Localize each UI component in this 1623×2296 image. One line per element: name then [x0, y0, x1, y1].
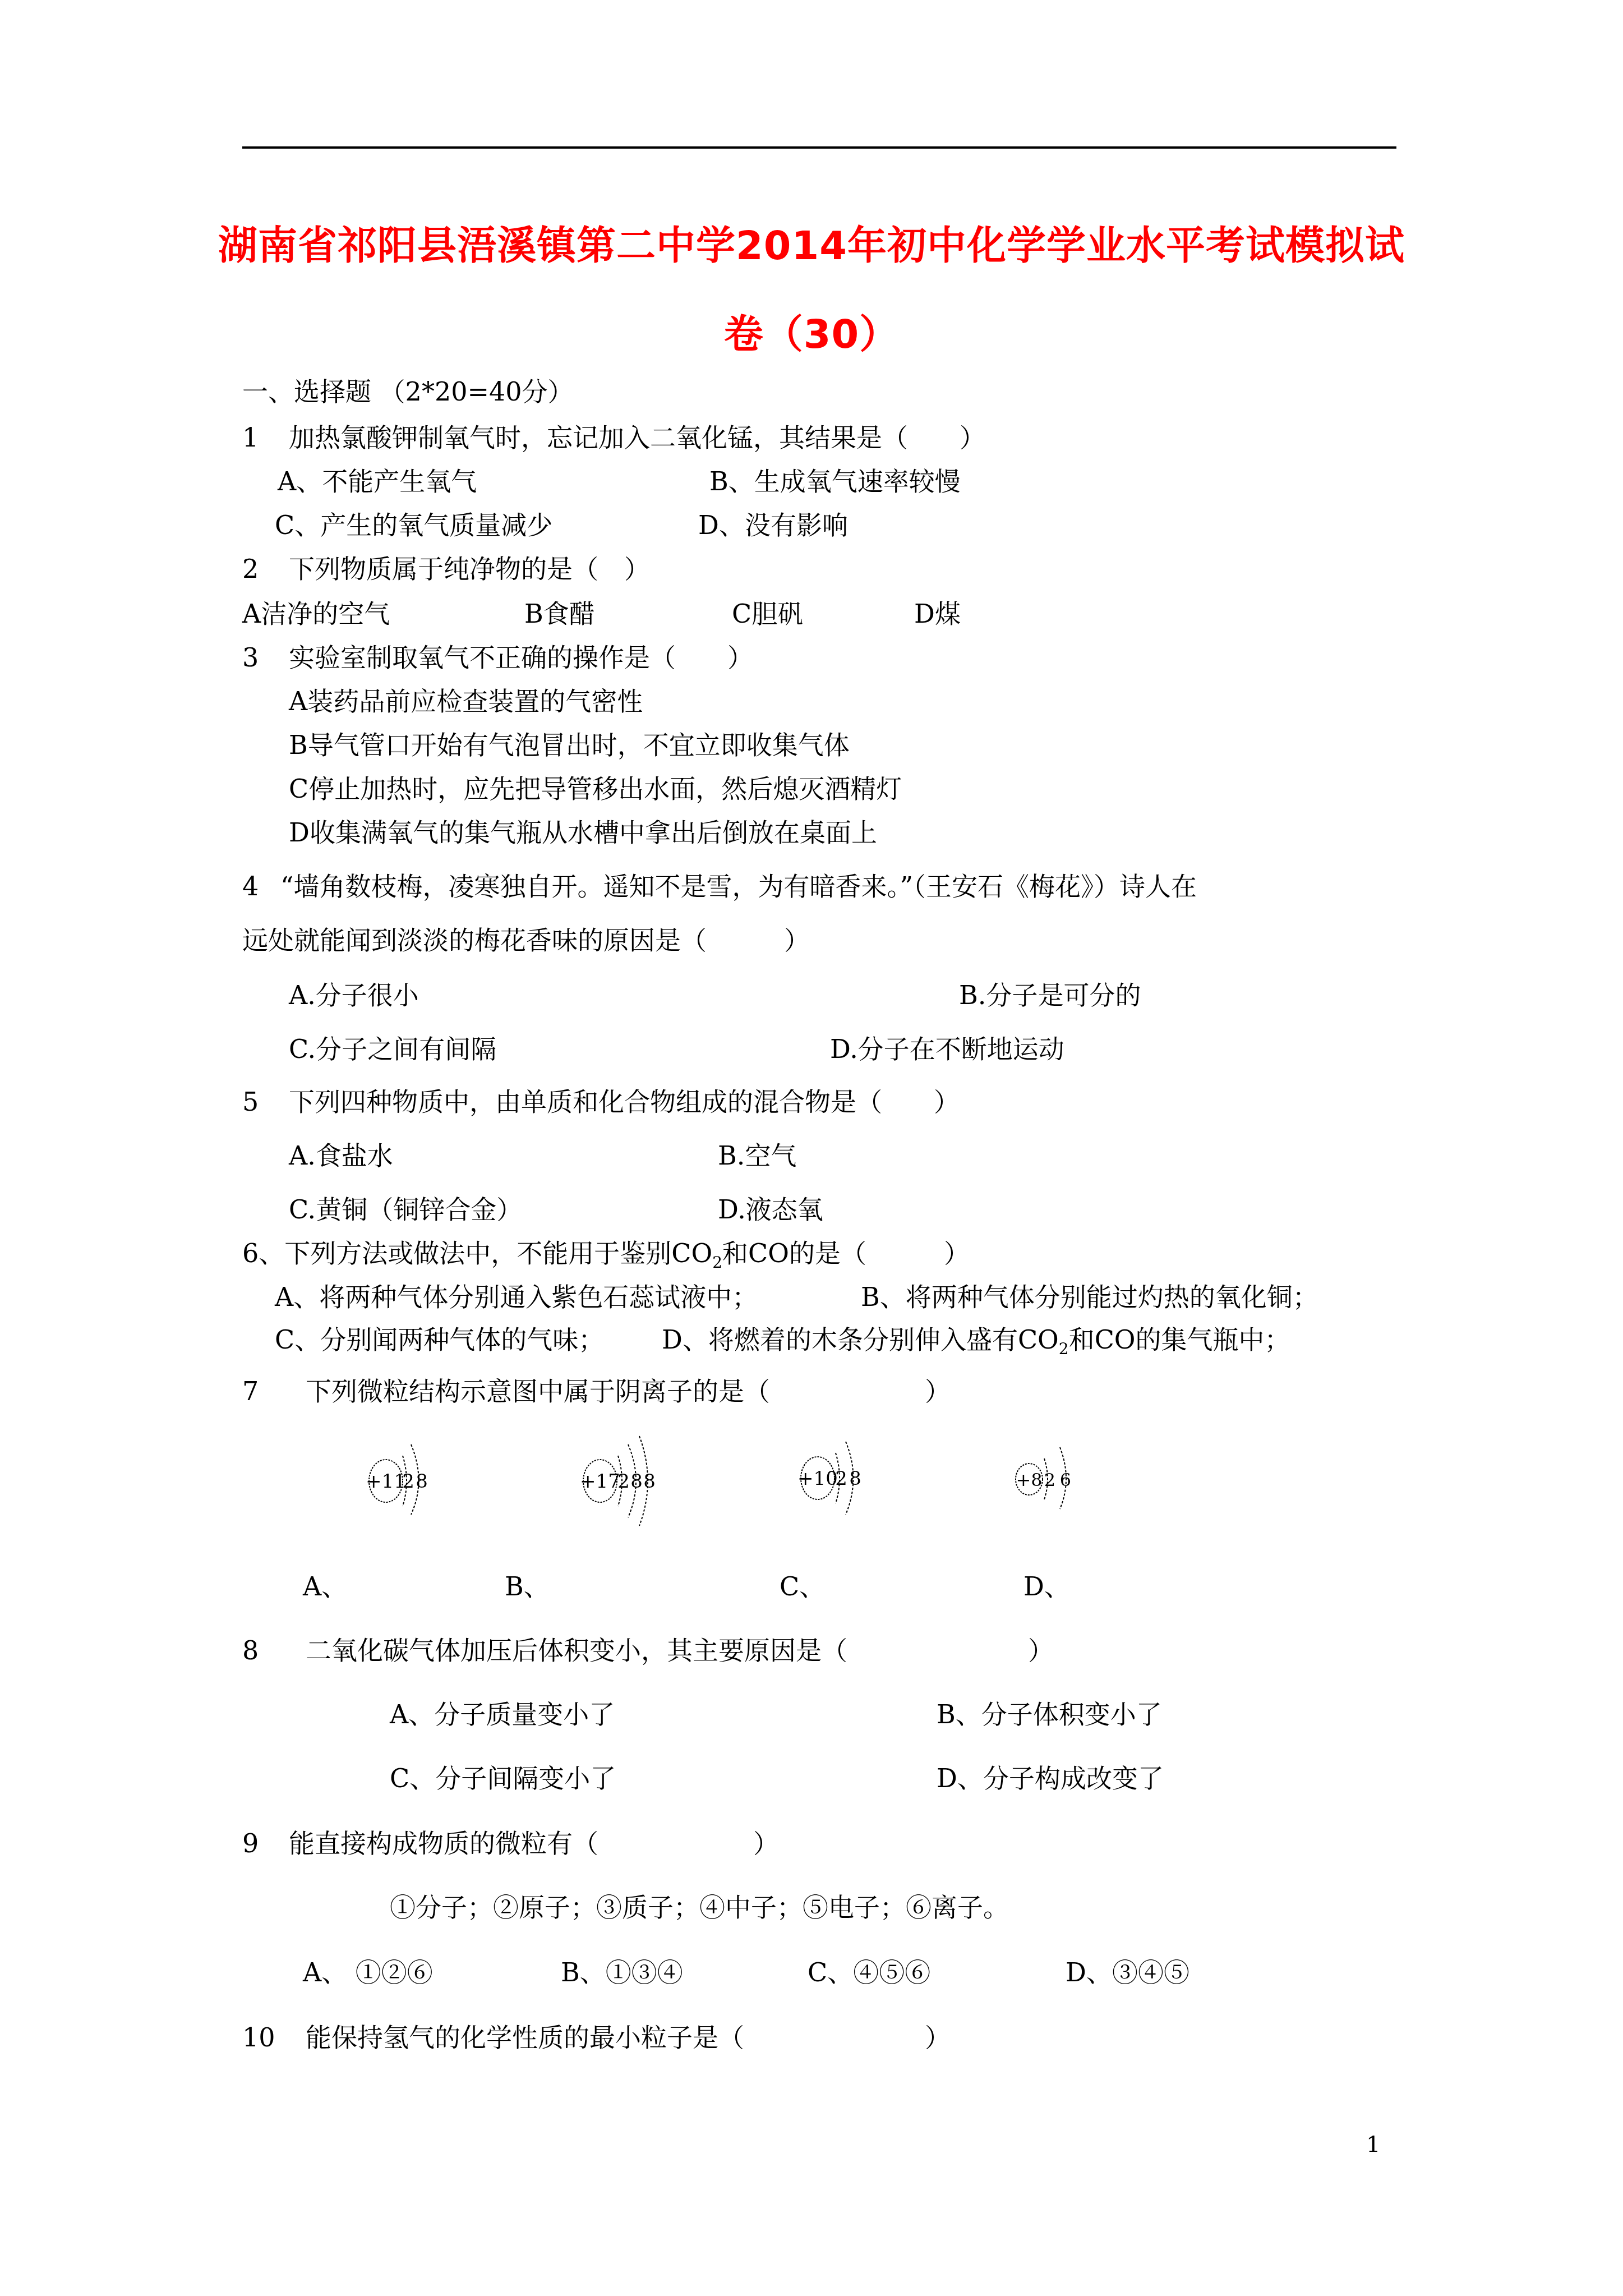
question-9-option-b: B、①③④ — [561, 1957, 683, 1988]
question-8-option-b: B、分子体积变小了 — [937, 1699, 1162, 1730]
question-3-number: 3 — [242, 642, 259, 673]
question-5-number: 5 — [242, 1086, 259, 1117]
question-8-stem: 二氧化碳气体加压后体积变小，其主要原因是（ ） — [306, 1635, 1054, 1666]
question-3-option-c: C停止加热时，应先把导管移出水面，然后熄灭酒精灯 — [289, 773, 902, 804]
question-5-option-c: C.黄铜（铜锌合金） — [289, 1194, 522, 1225]
atom-diagram-c: +10 2 8 — [791, 1436, 925, 1522]
question-4-number: 4 — [242, 871, 259, 902]
question-6-option-a: A、将两种气体分别通入紫色石蕊试液中； — [275, 1281, 758, 1313]
question-6-option-b: B、将两种气体分别能过灼热的氧化铜； — [861, 1281, 1318, 1313]
svg-text:6: 6 — [1060, 1469, 1071, 1490]
question-4-option-d: D.分子在不断地运动 — [830, 1033, 1064, 1065]
question-7-label-c: C、 — [780, 1571, 825, 1602]
question-5-option-a: A.食盐水 — [289, 1140, 393, 1171]
question-2-option-a: A洁净的空气 — [242, 598, 390, 629]
question-5-stem: 下列四种物质中，由单质和化合物组成的混合物是（ ） — [289, 1086, 960, 1117]
question-4-stem-line2: 远处就能闻到淡淡的梅花香味的原因是（ ） — [242, 924, 810, 956]
svg-text:+10: +10 — [797, 1467, 838, 1490]
atom-diagram-a: +11 2 8 — [359, 1442, 494, 1522]
question-7-stem: 下列微粒结构示意图中属于阴离子的是（ ） — [306, 1375, 951, 1407]
question-8-option-c: C、分子间隔变小了 — [390, 1763, 616, 1794]
question-6-stem: 6、下列方法或做法中，不能用于鉴别CO2和CO的是（ ） — [242, 1237, 970, 1278]
section-heading: 一、选择题 （2*20=40分） — [242, 376, 574, 407]
svg-text:2: 2 — [402, 1470, 414, 1493]
question-1-option-d: D、没有影响 — [698, 509, 848, 541]
question-9-particle-list: ①分子；②原子；③质子；④中子；⑤电子；⑥离子。 — [390, 1892, 1009, 1923]
question-8-option-d: D、分子构成改变了 — [937, 1763, 1164, 1794]
svg-text:8: 8 — [849, 1467, 861, 1490]
header-rule — [242, 146, 1396, 149]
question-3-option-b: B导气管口开始有气泡冒出时，不宜立即收集气体 — [289, 729, 850, 761]
question-9-option-d: D、③④⑤ — [1066, 1957, 1189, 1988]
question-7-number: 7 — [242, 1375, 259, 1407]
question-4-option-a: A.分子很小 — [289, 979, 419, 1011]
svg-text:8: 8 — [630, 1470, 643, 1493]
question-4-option-c: C.分子之间有间隔 — [289, 1033, 496, 1065]
question-10-number: 10 — [242, 2022, 275, 2053]
question-10-stem: 能保持氢气的化学性质的最小粒子是（ ） — [306, 2022, 951, 2053]
question-5-option-b: B.空气 — [718, 1140, 796, 1171]
question-2-option-b: B食醋 — [524, 598, 595, 629]
question-2-option-c: C胆矾 — [732, 598, 803, 629]
question-2-number: 2 — [242, 553, 259, 585]
atom-diagram-d: +8 2 6 — [1009, 1439, 1122, 1520]
svg-text:+11: +11 — [366, 1470, 406, 1493]
question-1-stem: 加热氯酸钾制氧气时，忘记加入二氧化锰，其结果是（ ） — [289, 422, 985, 453]
svg-text:2: 2 — [1044, 1469, 1055, 1490]
question-4-stem-line1: “墙角数枝梅，凌寒独自开。遥知不是雪，为有暗香来。”（王安石《梅花》）诗人在 — [280, 871, 1197, 902]
question-1-option-b: B、生成氧气速率较慢 — [709, 466, 961, 497]
question-2-stem: 下列物质属于纯净物的是（ ） — [289, 553, 650, 585]
question-6-number: 6、 — [242, 1238, 284, 1268]
question-9-stem: 能直接构成物质的微粒有（ ） — [289, 1828, 779, 1859]
question-8-number: 8 — [242, 1635, 259, 1666]
question-3-option-a: A装药品前应检查装置的气密性 — [289, 685, 643, 717]
question-8-option-a: A、分子质量变小了 — [390, 1699, 615, 1730]
question-9-number: 9 — [242, 1828, 259, 1859]
question-7-label-d: D、 — [1023, 1571, 1070, 1602]
question-1-option-a: A、不能产生氧气 — [278, 466, 477, 497]
svg-text:8: 8 — [416, 1470, 428, 1493]
question-1-number: 1 — [242, 422, 259, 453]
question-6-option-c: C、分别闻两种气体的气味； — [275, 1324, 604, 1355]
svg-text:+8: +8 — [1016, 1469, 1042, 1490]
question-4-option-b: B.分子是可分的 — [959, 979, 1141, 1011]
question-6-option-d: D、将燃着的木条分别伸入盛有CO2和CO的集气瓶中； — [662, 1324, 1290, 1365]
question-3-stem: 实验室制取氧气不正确的操作是（ ） — [289, 642, 753, 673]
document-title-line2: 卷（30） — [0, 303, 1623, 360]
atom-diagram-b: +17 2 8 8 — [572, 1436, 729, 1528]
question-3-option-d: D收集满氧气的集气瓶从水槽中拿出后倒放在桌面上 — [289, 817, 877, 848]
document-title-line1: 湖南省祁阳县浯溪镇第二中学2014年初中化学学业水平考试模拟试 — [0, 214, 1623, 271]
question-1-option-c: C、产生的氧气质量减少 — [275, 509, 552, 541]
question-5-option-d: D.液态氧 — [718, 1194, 823, 1225]
svg-text:8: 8 — [643, 1470, 656, 1493]
question-2-option-d: D煤 — [914, 598, 961, 629]
question-9-option-c: C、④⑤⑥ — [808, 1957, 930, 1988]
svg-text:2: 2 — [617, 1470, 630, 1493]
page-number: 1 — [1366, 2132, 1380, 2157]
question-7-label-a: A、 — [303, 1571, 347, 1602]
svg-text:+17: +17 — [580, 1470, 620, 1493]
svg-text:2: 2 — [835, 1467, 847, 1490]
question-7-label-b: B、 — [505, 1571, 550, 1602]
question-9-option-a: A、 ①②⑥ — [303, 1957, 433, 1988]
